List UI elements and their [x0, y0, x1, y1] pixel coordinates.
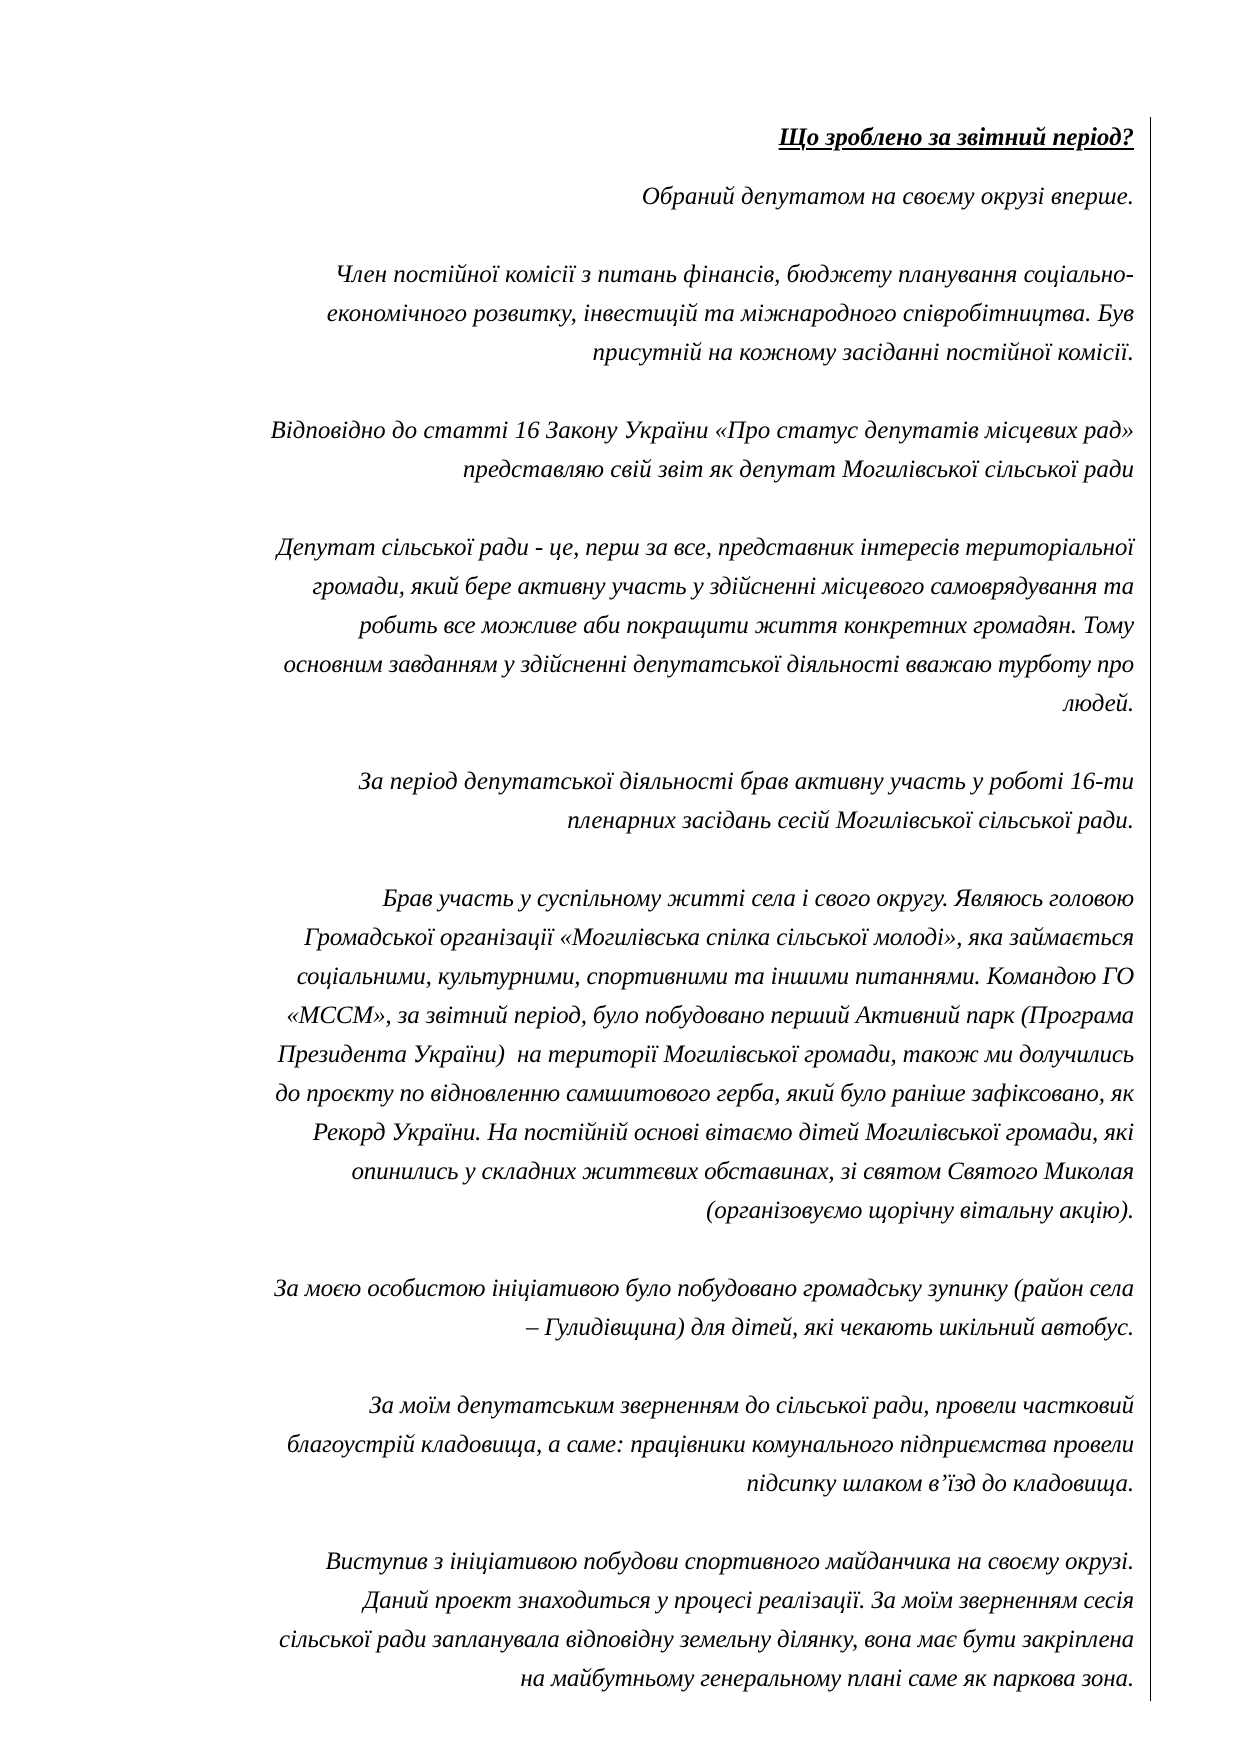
text-line: За моєю особистою ініціативою було побуд…: [110, 1269, 1134, 1308]
paragraph-elected: Обраний депутатом на своєму окрузі вперш…: [110, 177, 1134, 216]
text-line: Громадської організації «Могилівська спі…: [110, 918, 1134, 957]
text-line: Обраний депутатом на своєму окрузі вперш…: [110, 177, 1134, 216]
page-margin-rule: [1150, 117, 1151, 1701]
text-line: економічного розвитку, інвестицій та між…: [110, 294, 1134, 333]
text-line: Президента України) на території Могилів…: [110, 1035, 1134, 1074]
paragraph-public-life: Брав участь у суспільному житті села і с…: [110, 879, 1134, 1230]
text-line: пленарних засідань сесій Могилівської сі…: [110, 801, 1134, 840]
text-line: благоустрій кладовища, а саме: працівник…: [110, 1425, 1134, 1464]
text-line: Даний проект знаходиться у процесі реалі…: [110, 1581, 1134, 1620]
text-line: представляю свій звіт як депутат Могилів…: [110, 450, 1134, 489]
section-title: Що зроблено за звітний період?: [110, 118, 1134, 157]
text-line: людей.: [110, 684, 1134, 723]
paragraph-commission-member: Член постійної комісії з питань фінансів…: [110, 255, 1134, 372]
text-line: опинились у складних життєвих обставинах…: [110, 1152, 1134, 1191]
text-line: Депутат сільської ради - це, перш за все…: [110, 528, 1134, 567]
text-line: Виступив з ініціативою побудови спортивн…: [110, 1542, 1134, 1581]
text-line: основним завданням у здійсненні депутатс…: [110, 645, 1134, 684]
text-line: громади, який бере активну участь у здій…: [110, 567, 1134, 606]
text-line: підсипку шлаком в’їзд до кладовища.: [110, 1464, 1134, 1503]
text-line: сільської ради запланувала відповідну зе…: [110, 1620, 1134, 1659]
paragraph-cemetery: За моїм депутатським зверненням до сільс…: [110, 1386, 1134, 1503]
text-line: – Гулидівщина) для дітей, які чекають шк…: [110, 1308, 1134, 1347]
text-line: Член постійної комісії з питань фінансів…: [110, 255, 1134, 294]
text-line: до проєкту по відновленню самшитового ге…: [110, 1074, 1134, 1113]
text-line: Рекорд України. На постійній основі віта…: [110, 1113, 1134, 1152]
text-line: «МССМ», за звітний період, було побудова…: [110, 996, 1134, 1035]
paragraph-sports-ground: Виступив з ініціативою побудови спортивн…: [110, 1542, 1134, 1698]
text-line: Відповідно до статті 16 Закону України «…: [110, 411, 1134, 450]
text-line: робить все можливе аби покращити життя к…: [110, 606, 1134, 645]
text-line: соціальними, культурними, спортивними та…: [110, 957, 1134, 996]
paragraph-plenary-sessions: За період депутатської діяльності брав а…: [110, 762, 1134, 840]
text-line: За період депутатської діяльності брав а…: [110, 762, 1134, 801]
paragraph-legal-basis: Відповідно до статті 16 Закону України «…: [110, 411, 1134, 489]
text-line: За моїм депутатським зверненням до сільс…: [110, 1386, 1134, 1425]
text-line: (організовуємо щорічну вітальну акцію).: [110, 1191, 1134, 1230]
paragraph-deputy-role: Депутат сільської ради - це, перш за все…: [110, 528, 1134, 723]
text-line: присутній на кожному засіданні постійної…: [110, 333, 1134, 372]
document-body: Що зроблено за звітний період? Обраний д…: [110, 118, 1134, 1698]
text-line: на майбутньому генеральному плані саме я…: [110, 1659, 1134, 1698]
text-line: Брав участь у суспільному житті села і с…: [110, 879, 1134, 918]
paragraph-bus-stop: За моєю особистою ініціативою було побуд…: [110, 1269, 1134, 1347]
